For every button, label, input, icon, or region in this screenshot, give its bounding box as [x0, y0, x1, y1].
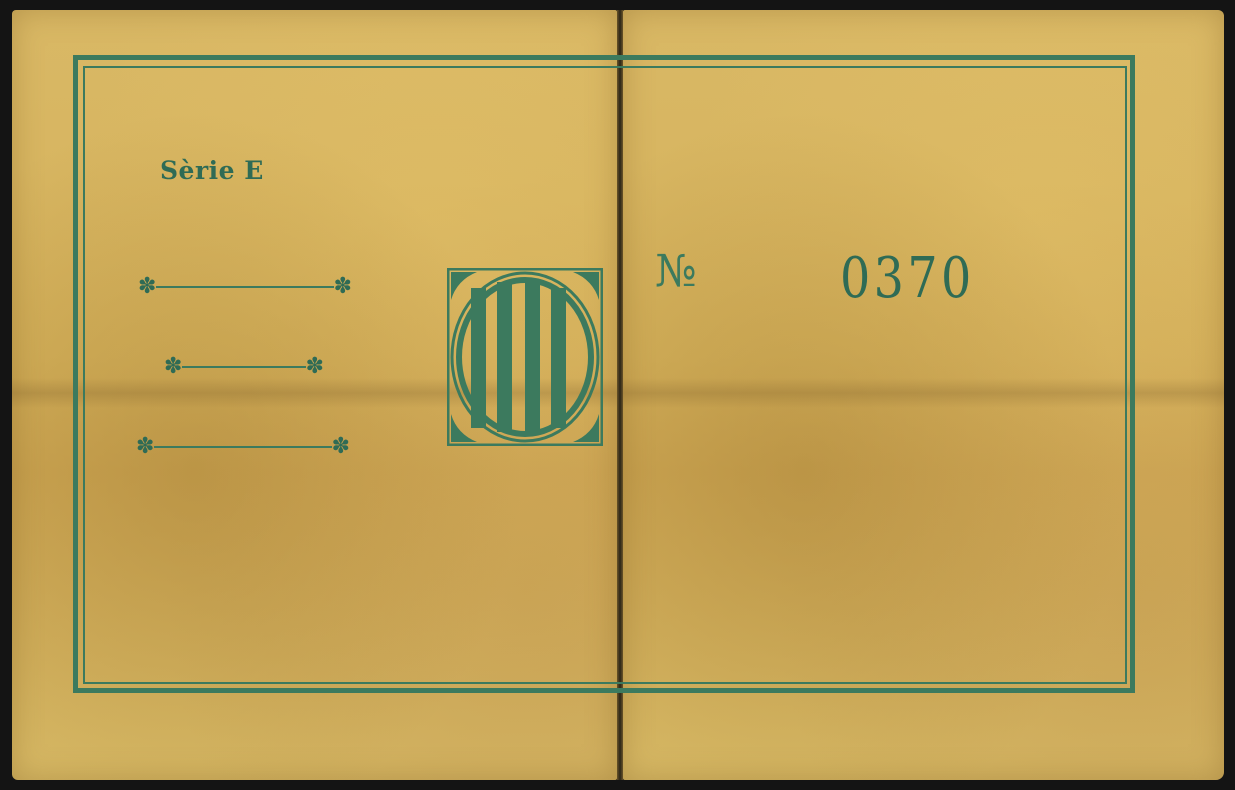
flower-ornament-icon: ✽	[164, 356, 182, 378]
number-sign: №	[655, 246, 697, 297]
signature-line: ✽ ✽	[136, 436, 350, 458]
flower-ornament-icon: ✽	[306, 356, 324, 378]
flower-ornament-icon: ✽	[138, 276, 156, 298]
serial-number: 0370	[840, 246, 975, 311]
flower-ornament-icon: ✽	[136, 436, 154, 458]
flower-ornament-icon: ✽	[332, 436, 350, 458]
coat-of-arms-emblem-icon	[447, 268, 603, 446]
series-label: Sèrie E	[160, 156, 264, 185]
flower-ornament-icon: ✽	[334, 276, 352, 298]
signature-line: ✽ ✽	[138, 276, 352, 298]
signature-line: ✽ ✽	[164, 356, 324, 378]
